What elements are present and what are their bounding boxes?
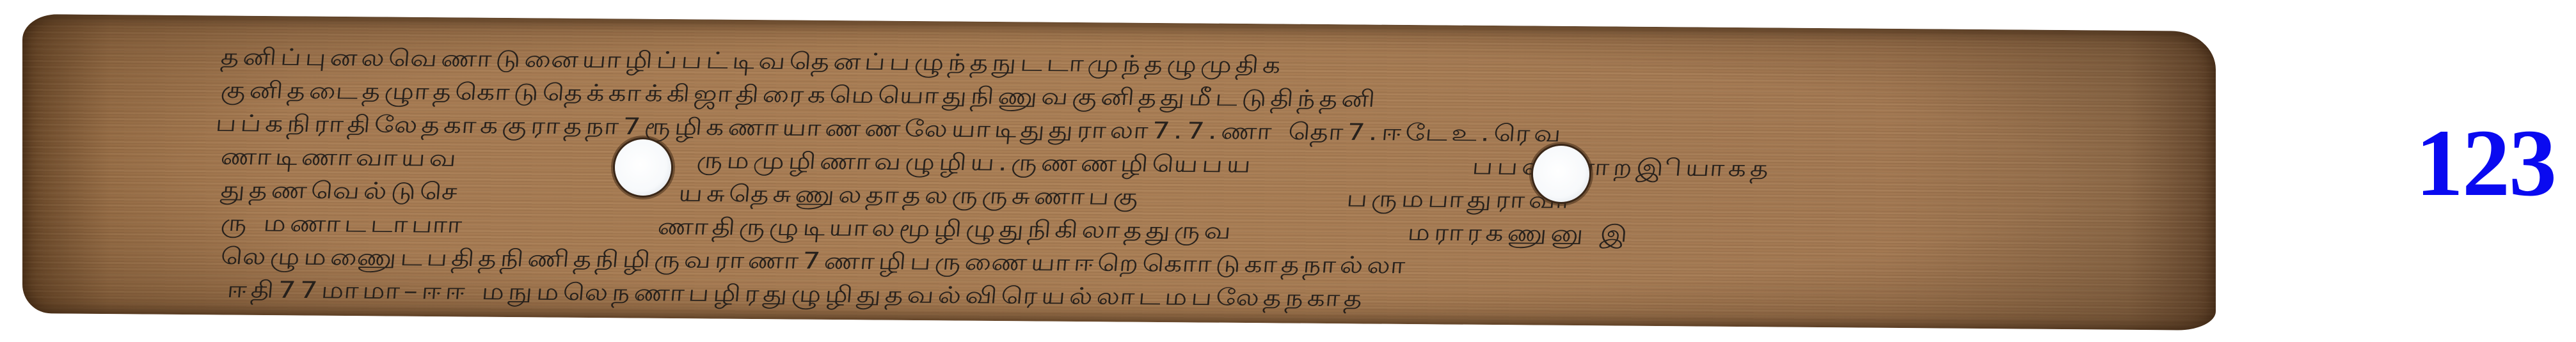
text-line-4-middle: ருமமுழிணாவழுழிய.ருணணழியெபய [696,147,1256,178]
text-line-6-left: ரு மணாடடாபாா [219,210,466,238]
text-line-5-middle: யசுதெசுணுலதாதலருருசுணாபகு [678,180,1143,210]
binding-hole-right [1533,146,1589,202]
text-line-6-right: மராரகணுனு இ [1406,219,1632,248]
text-line-4-left: ணாடிணாவாயவ [219,143,461,172]
palm-leaf: தனிப்புனலவெணாடுனையாழிப்பட்டிவதெனப்பழுந்த… [22,14,2216,330]
page-number: 123 [2415,115,2556,211]
text-line-5-left: துதணவெல்டுசெ [219,176,462,205]
text-line-6-middle: ணாதிருழுடியாலமூழிழுதுநிகிலாததுருவ [656,213,1236,244]
binding-hole-left [615,139,671,196]
text-line-4-right: பபவானாறஇியாகத [1471,153,1774,182]
